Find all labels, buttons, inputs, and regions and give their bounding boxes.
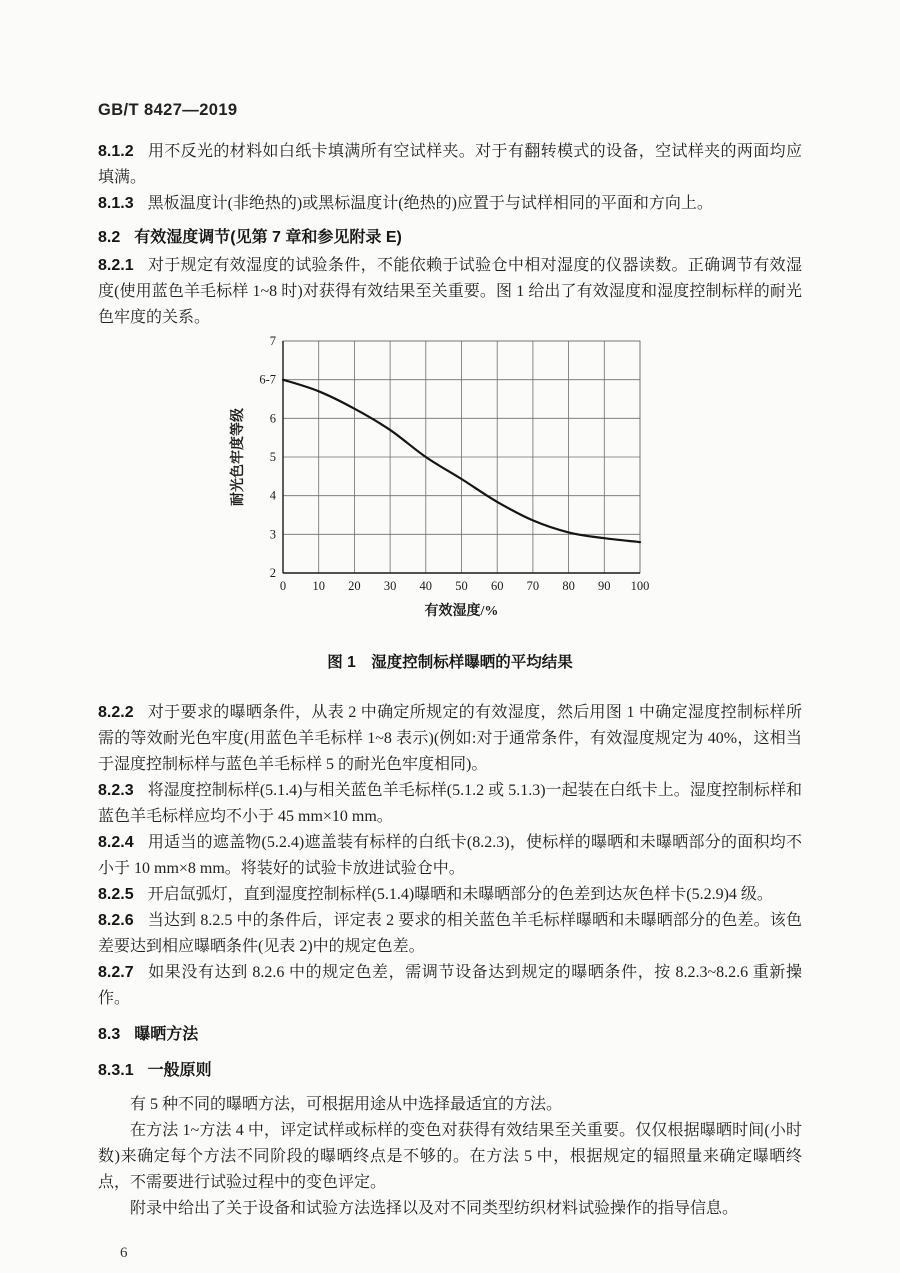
heading-8-2: 8.2有效湿度调节(见第 7 章和参见附录 E) (98, 225, 802, 251)
clause-number: 8.2.7 (98, 964, 134, 981)
figure-1: 0102030405060708090100234566-77有效湿度/%耐光色… (228, 333, 802, 676)
clause-text: 对于要求的曝晒条件，从表 2 中确定所规定的有效湿度，然后用图 1 中确定湿度控… (98, 704, 802, 773)
figure-1-caption: 图 1 湿度控制标样曝晒的平均结果 (98, 650, 802, 676)
figure-1-chart: 0102030405060708090100234566-77有效湿度/%耐光色… (228, 333, 658, 617)
y-axis-title: 耐光色牢度等级 (229, 408, 246, 506)
y-tick-label: 4 (270, 489, 277, 503)
clause-text: 对于规定有效湿度的试验条件，不能依赖于试验仓中相对湿度的仪器读数。正确调节有效湿… (98, 257, 802, 326)
x-tick-label: 70 (527, 579, 540, 593)
clause-8-2-5: 8.2.5开启氙弧灯，直到湿度控制标样(5.1.4)曝晒和未曝晒部分的色差到达灰… (98, 882, 802, 908)
clause-8-2-6: 8.2.6当达到 8.2.5 中的条件后，评定表 2 要求的相关蓝色羊毛标样曝晒… (98, 908, 802, 960)
heading-number: 8.3 (98, 1026, 120, 1043)
clause-text: 将湿度控制标样(5.1.4)与相关蓝色羊毛标样(5.1.2 或 5.1.3)一起… (98, 782, 802, 825)
clause-number: 8.2.1 (98, 257, 134, 274)
clause-text: 开启氙弧灯，直到湿度控制标样(5.1.4)曝晒和未曝晒部分的色差到达灰色样卡(5… (148, 886, 773, 903)
clause-8-2-4: 8.2.4用适当的遮盖物(5.2.4)遮盖装有标样的白纸卡(8.2.3)，使标样… (98, 830, 802, 882)
y-tick-label: 6 (270, 411, 276, 425)
clause-8-2-7: 8.2.7如果没有达到 8.2.6 中的规定色差，需调节设备达到规定的曝晒条件，… (98, 960, 802, 1012)
heading-8-3: 8.3曝晒方法 (98, 1022, 802, 1048)
clause-text: 用不反光的材料如白纸卡填满所有空试样夹。对于有翻转模式的设备，空试样夹的两面均应… (98, 143, 802, 186)
x-tick-label: 10 (312, 579, 325, 593)
y-tick-label: 7 (270, 334, 276, 348)
heading-title: 有效湿度调节(见第 7 章和参见附录 E) (134, 229, 402, 246)
document-page: GB/T 8427—2019 8.1.2用不反光的材料如白纸卡填满所有空试样夹。… (0, 0, 900, 1273)
clause-number: 8.2.6 (98, 912, 134, 929)
clause-text: 当达到 8.2.5 中的条件后，评定表 2 要求的相关蓝色羊毛标样曝晒和未曝晒部… (98, 912, 802, 955)
clause-text: 黑板温度计(非绝热的)或黑标温度计(绝热的)应置于与试样相同的平面和方向上。 (148, 195, 713, 212)
clause-number: 8.2.4 (98, 834, 134, 851)
x-tick-label: 20 (348, 579, 361, 593)
heading-title: 曝晒方法 (134, 1026, 198, 1043)
page-number: 6 (120, 1240, 802, 1266)
y-tick-label: 2 (270, 566, 276, 580)
heading-number: 8.3.1 (98, 1062, 134, 1079)
heading-title: 一般原则 (148, 1062, 212, 1079)
clause-number: 8.2.2 (98, 704, 134, 721)
heading-8-3-1: 8.3.1一般原则 (98, 1058, 802, 1084)
x-tick-label: 30 (384, 579, 397, 593)
clause-8-1-3: 8.1.3黑板温度计(非绝热的)或黑标温度计(绝热的)应置于与试样相同的平面和方… (98, 191, 802, 217)
clause-number: 8.2.5 (98, 886, 134, 903)
paragraph-methods-1: 有 5 种不同的曝晒方法，可根据用途从中选择最适宜的方法。 (98, 1092, 802, 1118)
x-tick-label: 50 (455, 579, 468, 593)
x-axis-title: 有效湿度/% (425, 602, 499, 617)
paragraph-methods-2: 在方法 1~方法 4 中，评定试样或标样的变色对获得有效结果至关重要。仅仅根据曝… (98, 1118, 802, 1196)
y-tick-label: 5 (270, 450, 276, 464)
x-tick-label: 40 (420, 579, 433, 593)
clause-8-2-1: 8.2.1对于规定有效湿度的试验条件，不能依赖于试验仓中相对湿度的仪器读数。正确… (98, 253, 802, 331)
paragraph-methods-3: 附录中给出了关于设备和试验方法选择以及对不同类型纺织材料试验操作的指导信息。 (98, 1196, 802, 1222)
clause-8-1-2: 8.1.2用不反光的材料如白纸卡填满所有空试样夹。对于有翻转模式的设备，空试样夹… (98, 139, 802, 191)
clause-number: 8.1.3 (98, 195, 134, 212)
clause-8-2-3: 8.2.3将湿度控制标样(5.1.4)与相关蓝色羊毛标样(5.1.2 或 5.1… (98, 778, 802, 830)
clause-number: 8.2.3 (98, 782, 134, 799)
y-tick-label: 6-7 (259, 373, 276, 387)
x-tick-label: 90 (598, 579, 611, 593)
x-tick-label: 100 (631, 579, 650, 593)
clause-number: 8.1.2 (98, 143, 134, 160)
x-tick-label: 80 (562, 579, 575, 593)
y-tick-label: 3 (270, 527, 276, 541)
x-tick-label: 60 (491, 579, 504, 593)
clause-8-2-2: 8.2.2对于要求的曝晒条件，从表 2 中确定所规定的有效湿度，然后用图 1 中… (98, 700, 802, 778)
x-tick-label: 0 (280, 579, 286, 593)
standard-code: GB/T 8427—2019 (98, 97, 802, 123)
heading-number: 8.2 (98, 229, 120, 246)
clause-text: 用适当的遮盖物(5.2.4)遮盖装有标样的白纸卡(8.2.3)，使标样的曝晒和未… (98, 834, 802, 877)
clause-text: 如果没有达到 8.2.6 中的规定色差，需调节设备达到规定的曝晒条件，按 8.2… (98, 964, 802, 1007)
